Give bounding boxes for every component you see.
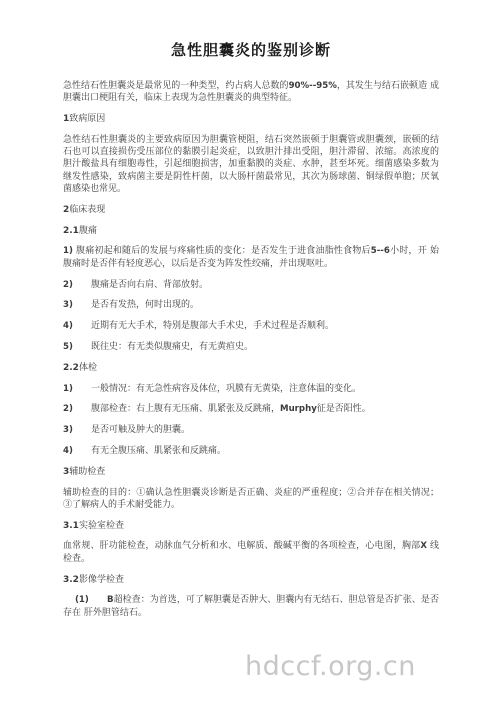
list-item-text: 是否有发热，何时出现的。 (91, 299, 439, 311)
document-page: 急性胆囊炎的鉴别诊断 急性结石性胆囊炎是最常见的一种类型，约占病人总数的90%-… (0, 0, 500, 707)
list-item: 3) 是否可触及肿大的胆囊。 (63, 424, 439, 436)
list-item: 4) 有无全腹压痛、肌紧张和反跳痛。 (63, 445, 439, 457)
list-item-number: 4) (63, 320, 91, 332)
list-item-number: 3) (63, 299, 91, 311)
list-item-number: 2) (63, 279, 91, 291)
section-heading: 2.1腹痛 (63, 225, 439, 237)
paragraph: 辅助检查的目的：①确认急性胆囊炎诊断是否正确、炎症的严重程度；②合并存在相关情况… (63, 487, 439, 512)
list-item: 1) 一般情况：有无急性病容及体位，巩膜有无黄染，注意体温的变化。 (63, 383, 439, 395)
list-item-text: 近期有无大手术，特别是腹部大手术史，手术过程是否顺利。 (91, 320, 439, 332)
section-heading: 2.2体检 (63, 362, 439, 374)
list-item-number: 3) (63, 424, 91, 436)
watermark: hdccf.org.cn (245, 651, 416, 682)
list-item: 4) 近期有无大手术，特别是腹部大手术史，手术过程是否顺利。 (63, 320, 439, 332)
section-heading: 3.2影像学检查 (63, 574, 439, 586)
list-item-number: 5) (63, 341, 91, 353)
section-heading: 3.1实验室检查 (63, 520, 439, 532)
list-item: 5) 既往史：有无类似腹痛史，有无黄疸史。 (63, 341, 439, 353)
list-item: 3) 是否有发热，何时出现的。 (63, 299, 439, 311)
list-item: 2) 腹部检查：右上腹有无压痛、肌紧张及反跳痛，Murphy征是否阳性。 (63, 403, 439, 415)
document-content: 急性胆囊炎的鉴别诊断 急性结石性胆囊炎是最常见的一种类型，约占病人总数的90%-… (63, 40, 439, 627)
section-heading: 2临床表现 (63, 204, 439, 216)
list-item-text: 一般情况：有无急性病容及体位，巩膜有无黄染，注意体温的变化。 (91, 383, 439, 395)
list-item-text: 腹部检查：右上腹有无压痛、肌紧张及反跳痛，Murphy征是否阳性。 (91, 403, 439, 415)
list-item-number: 4) (63, 445, 91, 457)
list-item: 2) 腹痛是否向右肩、背部放射。 (63, 279, 439, 291)
list-item-number: 2) (63, 403, 91, 415)
paragraph: 血常规、肝功能检查，动脉血气分析和水、电解质、酸碱平衡的各项检查，心电图，胸部X… (63, 540, 439, 565)
list-item: (1) B超检查：为首选，可了解胆囊是否肿大、胆囊内有无结石、胆总管是否扩张、是… (63, 594, 439, 619)
list-item-text: 是否可触及肿大的胆囊。 (91, 424, 439, 436)
list-item-number: 1) (63, 383, 91, 395)
paragraph: 急性结石性胆囊炎是最常见的一种类型，约占病人总数的90%--95%，其发生与结石… (63, 80, 439, 105)
list-item: 1) 腹痛初起和随后的发展与疼痛性质的变化：是否发生于进食油脂性食物后5--6小… (63, 245, 439, 270)
list-item-text: 腹痛是否向右肩、背部放射。 (91, 279, 439, 291)
section-heading: 3辅助检查 (63, 466, 439, 478)
page-title: 急性胆囊炎的鉴别诊断 (63, 40, 439, 61)
list-item-text: 既往史：有无类似腹痛史，有无黄疸史。 (91, 341, 439, 353)
paragraph: 急性结石性胆囊炎的主要致病原因为胆囊管梗阻，结石突然嵌顿于胆囊管或胆囊颈，嵌顿的… (63, 134, 439, 195)
section-heading: 1致病原因 (63, 113, 439, 125)
list-item-text: 有无全腹压痛、肌紧张和反跳痛。 (91, 445, 439, 457)
